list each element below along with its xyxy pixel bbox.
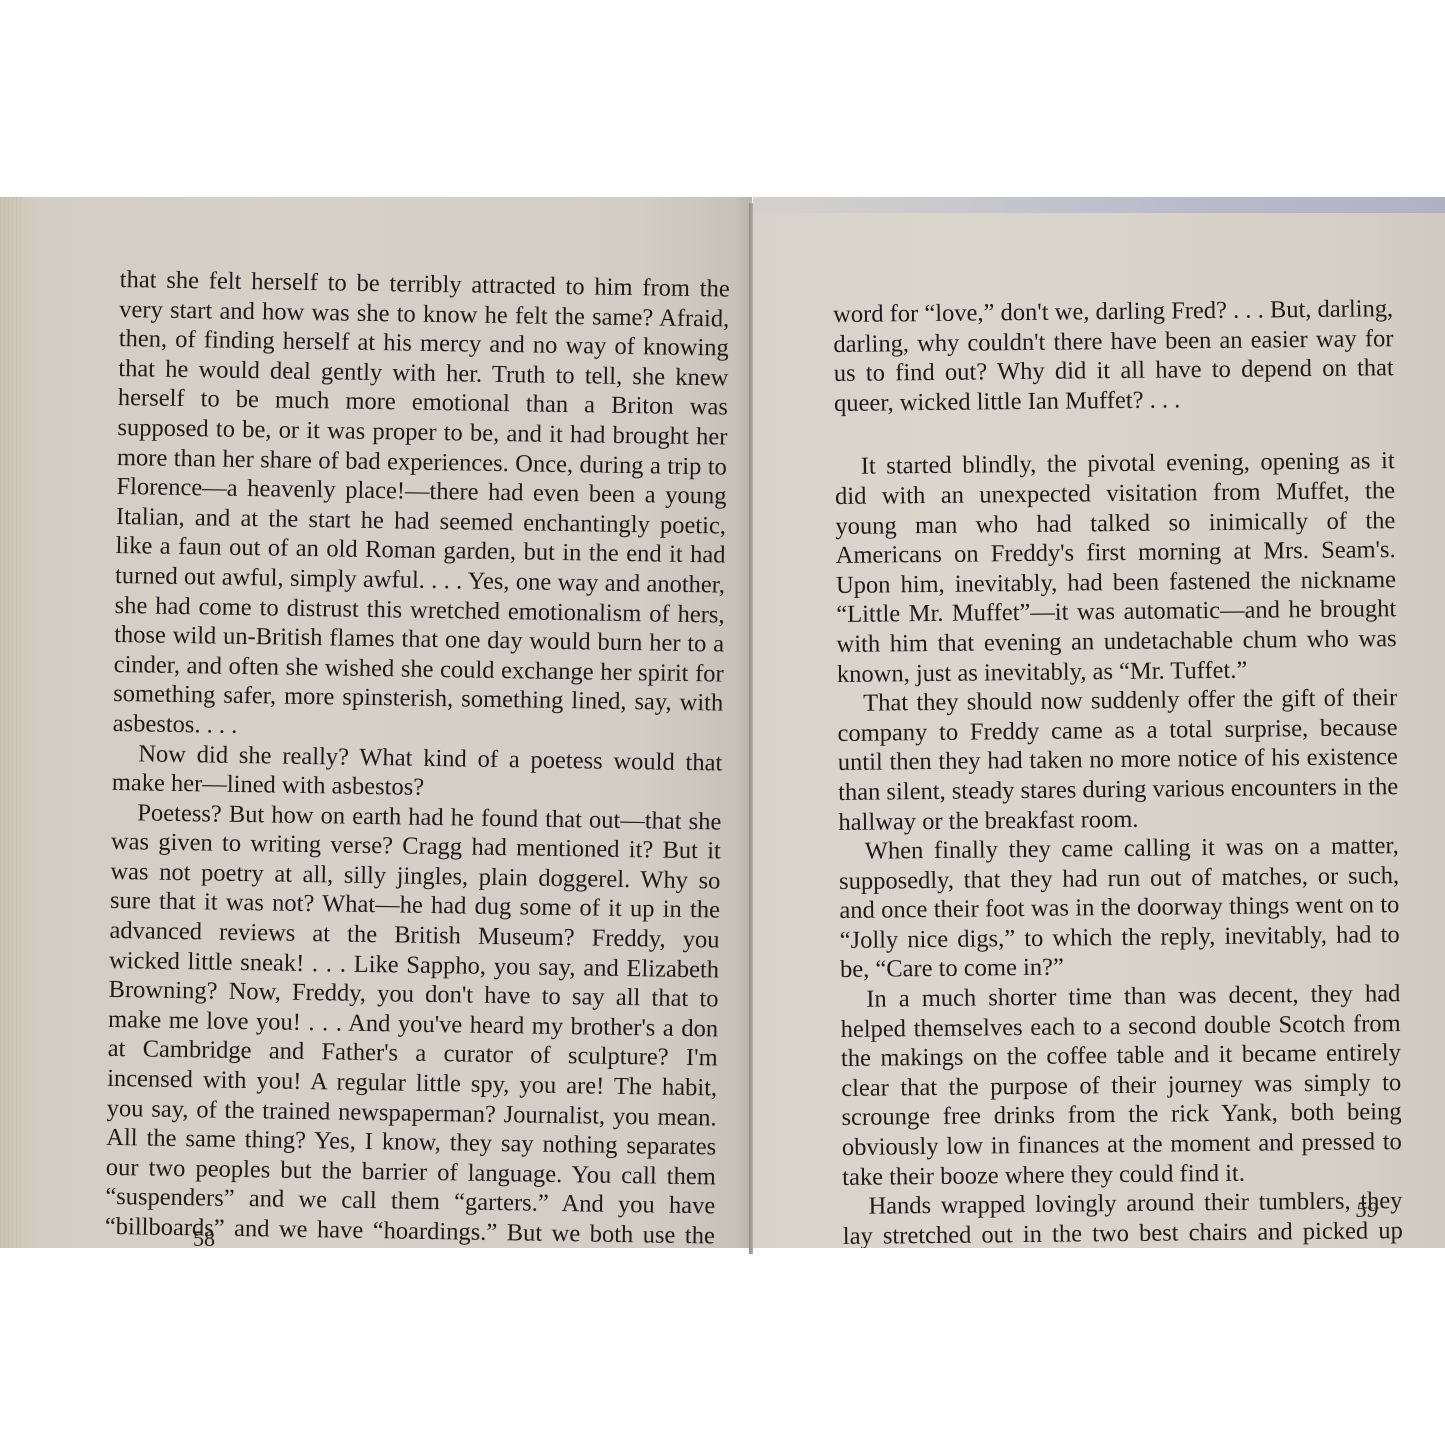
left-page: that she felt herself to be terribly att… xyxy=(0,197,752,1248)
right-page-text: word for “love,” don't we, darling Fred?… xyxy=(833,294,1404,1248)
left-page-text: that she felt herself to be terribly att… xyxy=(104,265,730,1248)
paragraph: When finally they came calling it was on… xyxy=(839,831,1401,985)
paragraph: In a much shorter time than was decent, … xyxy=(840,979,1402,1192)
right-page: word for “love,” don't we, darling Fred?… xyxy=(753,197,1445,1248)
paragraph: That they should now suddenly offer the … xyxy=(837,683,1399,837)
paragraph: Now did she really? What kind of a poete… xyxy=(112,738,723,807)
open-book-spread: that she felt herself to be terribly att… xyxy=(0,197,1445,1248)
paragraph: that she felt herself to be terribly att… xyxy=(113,265,730,748)
paragraph: word for “love,” don't we, darling Fred?… xyxy=(833,294,1394,418)
paragraph: Hands wrapped lovingly around their tumb… xyxy=(842,1186,1404,1248)
paragraph: Poetess? But how on earth had he found t… xyxy=(104,798,721,1248)
page-edge-shadow xyxy=(753,197,1445,213)
page-number-right: 59 xyxy=(1356,1197,1378,1223)
paragraph: It started blindly, the pivotal evening,… xyxy=(835,447,1397,690)
page-number-left: 58 xyxy=(193,1226,215,1248)
